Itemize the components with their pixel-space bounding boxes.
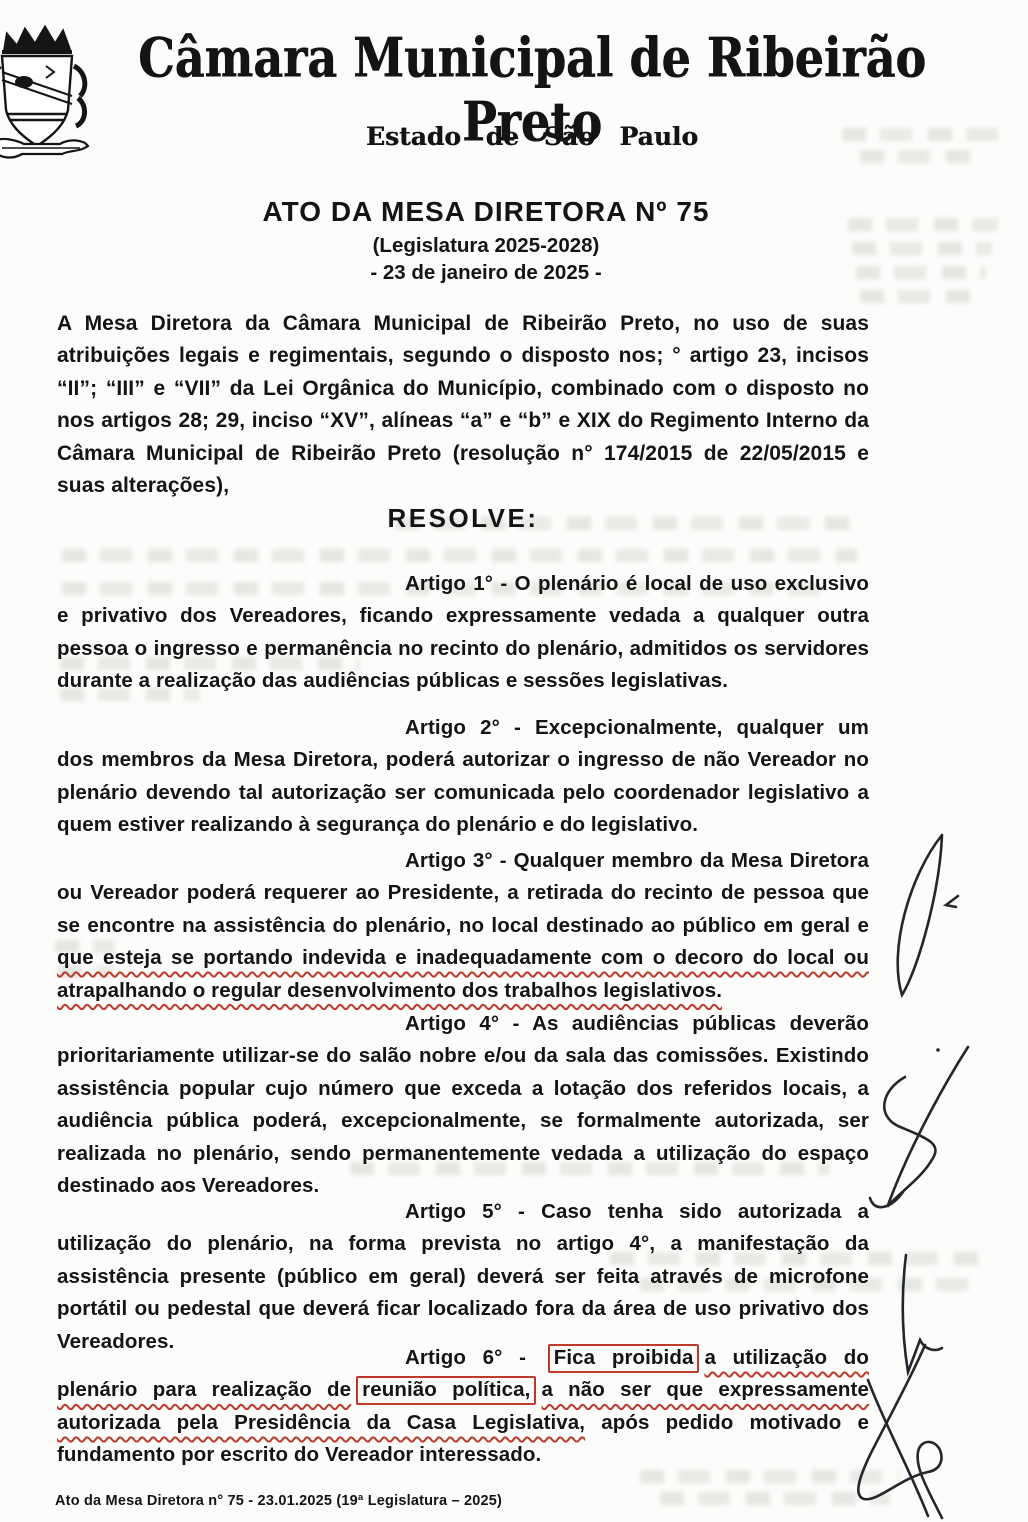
doc-title: ATO DA MESA DIRETORA Nº 75 — [60, 196, 912, 228]
bleed-through — [62, 549, 857, 562]
doc-date: - 23 de janeiro de 2025 - — [60, 261, 912, 285]
article-4-text: As audiências públicas deverão prioritar… — [57, 1012, 869, 1197]
article-6-red-boxed-phrase-1: Fica proibida — [548, 1344, 700, 1373]
article-1-label: Artigo 1° - — [405, 572, 515, 595]
article-6-red-boxed-phrase-2: reunião política, — [356, 1376, 536, 1405]
article-4-label: Artigo 4° - — [405, 1012, 532, 1035]
footer-reference: Ato da Mesa Diretora n° 75 - 23.01.2025 … — [55, 1493, 755, 1509]
bleed-through — [860, 290, 980, 303]
article-5: Artigo 5° - Caso tenha sido autorizada a… — [57, 1196, 869, 1358]
article-4: Artigo 4° - As audiências públicas dever… — [57, 1008, 869, 1202]
scanned-document-page: Câmara Municipal de Ribeirão Preto Estad… — [0, 0, 1028, 1522]
pen-check-scribble — [903, 1255, 942, 1372]
doc-title-block: ATO DA MESA DIRETORA Nº 75 (Legislatura … — [60, 196, 912, 285]
preamble-paragraph: A Mesa Diretora da Câmara Municipal de R… — [57, 308, 869, 502]
pen-figure-eight-scribble — [884, 1077, 935, 1206]
article-3: Artigo 3° - Qualquer membro da Mesa Dire… — [57, 845, 869, 1007]
doc-legislature: (Legislatura 2025-2028) — [60, 234, 912, 258]
pen-dot — [936, 1048, 940, 1052]
article-2: Artigo 2° - Excepcionalmente, qualquer u… — [57, 712, 869, 842]
pen-signature-flourish — [858, 1345, 942, 1518]
article-1: Artigo 1° - O plenário é local de uso ex… — [57, 568, 869, 698]
article-5-label: Artigo 5° - — [405, 1200, 541, 1223]
pen-tick-mark — [946, 896, 958, 907]
pen-loop-scribble — [898, 835, 942, 995]
article-3-label: Artigo 3° - — [405, 849, 514, 872]
resolve-heading: RESOLVE: — [57, 503, 869, 534]
pen-scribbles — [830, 800, 1028, 1522]
article-3-red-underlined-text: que esteja se portando indevida e inadeq… — [57, 946, 869, 1001]
article-6-label: Artigo 6° - — [405, 1346, 543, 1369]
coat-of-arms-icon — [0, 22, 94, 164]
article-2-label: Artigo 2° - — [405, 716, 535, 739]
org-subtitle: Estado de São Paulo — [92, 122, 972, 151]
article-6: Artigo 6° - Fica proibidaa utilização do… — [57, 1342, 869, 1472]
